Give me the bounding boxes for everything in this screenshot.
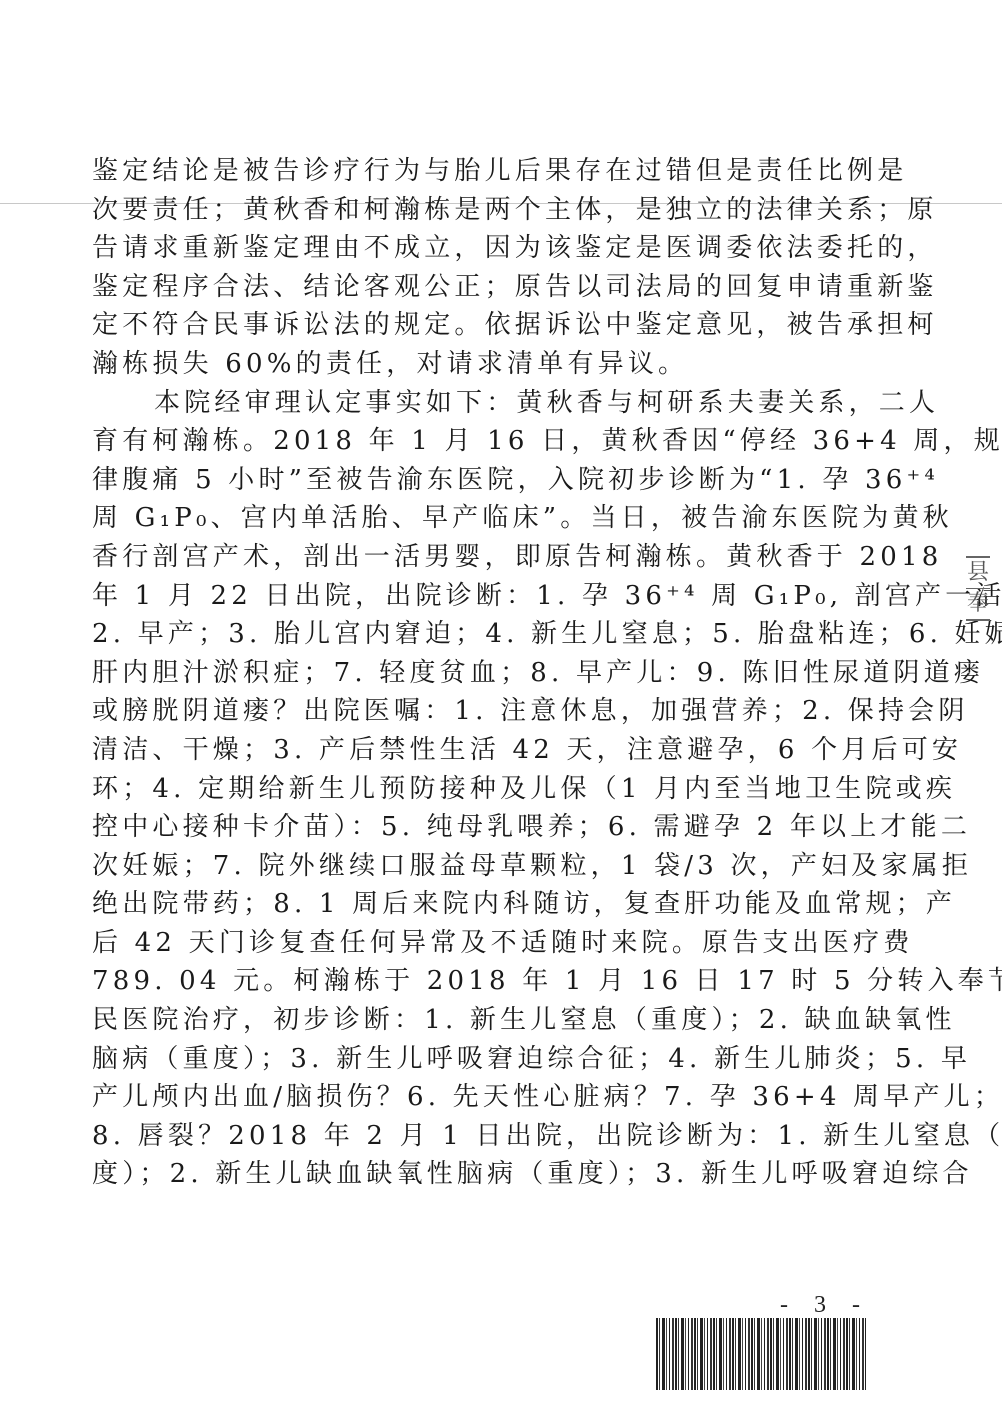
text-line: 肝内胆汁淤积症；7. 轻度贫血；8. 早产儿：9. 陈旧性尿道阴道瘘 [92, 654, 872, 693]
text-line: 后 42 天门诊复查任何异常及不适随时来院。原告支出医疗费 [92, 924, 872, 963]
text-line: 周 G₁P₀、宫内单活胎、早产临床”。当日，被告渝东医院为黄秋 [92, 499, 872, 538]
text-line: 绝出院带药；8. 1 周后来院内科随访，复查肝功能及血常规；产 [92, 885, 872, 924]
text-line: 瀚栋损失 60%的责任，对请求清单有异议。 [92, 345, 872, 384]
text-line: 育有柯瀚栋。2018 年 1 月 16 日，黄秋香因“停经 36+4 周，规 [92, 422, 872, 461]
text-line: 年 1 月 22 日出院，出院诊断：1. 孕 36⁺⁴ 周 G₁P₀, 剖宫产一… [92, 577, 872, 616]
document-body: 鉴定结论是被告诊疗行为与胎儿后果存在过错但是责任比例是 次要责任；黄秋香和柯瀚栋… [92, 152, 872, 1194]
text-line: 2. 早产；3. 胎儿宫内窘迫；4. 新生儿窒息；5. 胎盘粘连；6. 妊娠 [92, 615, 872, 654]
text-line: 产儿颅内出血/脑损伤？6. 先天性心脏病？7. 孕 36+4 周早产儿； [92, 1078, 872, 1117]
barcode-icon [656, 1318, 866, 1390]
text-line: 789. 04 元。柯瀚栋于 2018 年 1 月 16 日 17 时 5 分转… [92, 962, 872, 1001]
text-line: 定不符合民事诉讼法的规定。依据诉讼中鉴定意见，被告承担柯 [92, 306, 872, 345]
side-seal-stamp: 县 奉 [966, 556, 990, 652]
stamp-char: 奉 [967, 589, 989, 619]
stamp-divider [966, 619, 990, 621]
text-line: 控中心接种卡介苗）：5. 纯母乳喂养；6. 需避孕 2 年以上才能二 [92, 808, 872, 847]
text-line: 次妊娠；7. 院外继续口服益母草颗粒，1 袋/3 次，产妇及家属拒 [92, 847, 872, 886]
text-line: 度）；2. 新生儿缺血缺氧性脑病（重度）；3. 新生儿呼吸窘迫综合 [92, 1155, 872, 1194]
text-line: 或膀胱阴道瘘？出院医嘱：1. 注意休息，加强营养；2. 保持会阴 [92, 692, 872, 731]
text-line: 鉴定程序合法、结论客观公正；原告以司法局的回复申请重新鉴 [92, 268, 872, 307]
text-line: 8. 唇裂？2018 年 2 月 1 日出院，出院诊断为：1. 新生儿窒息（重 [92, 1117, 872, 1156]
text-line: 清洁、干燥；3. 产后禁性生活 42 天，注意避孕，6 个月后可安 [92, 731, 872, 770]
stamp-char: 县 [967, 558, 989, 588]
text-line: 次要责任；黄秋香和柯瀚栋是两个主体，是独立的法律关系；原 [92, 191, 872, 230]
text-line: 环；4. 定期给新生儿预防接种及儿保（1 月内至当地卫生院或疾 [92, 770, 872, 809]
page-number: - 3 - [780, 1292, 870, 1319]
text-line: 香行剖宫产术，剖出一活男婴，即原告柯瀚栋。黄秋香于 2018 [92, 538, 872, 577]
text-line: 告请求重新鉴定理由不成立，因为该鉴定是医调委依法委托的， [92, 229, 872, 268]
text-line: 脑病（重度）；3. 新生儿呼吸窘迫综合征；4. 新生儿肺炎；5. 早 [92, 1040, 872, 1079]
text-line: 律腹痛 5 小时”至被告渝东医院，入院初步诊断为“1. 孕 36⁺⁴ [92, 461, 872, 500]
text-line: 鉴定结论是被告诊疗行为与胎儿后果存在过错但是责任比例是 [92, 152, 872, 191]
text-line: 民医院治疗，初步诊断：1. 新生儿窒息（重度）；2. 缺血缺氧性 [92, 1001, 872, 1040]
paragraph-start-line: 本院经审理认定事实如下：黄秋香与柯研系夫妻关系，二人 [92, 384, 872, 423]
